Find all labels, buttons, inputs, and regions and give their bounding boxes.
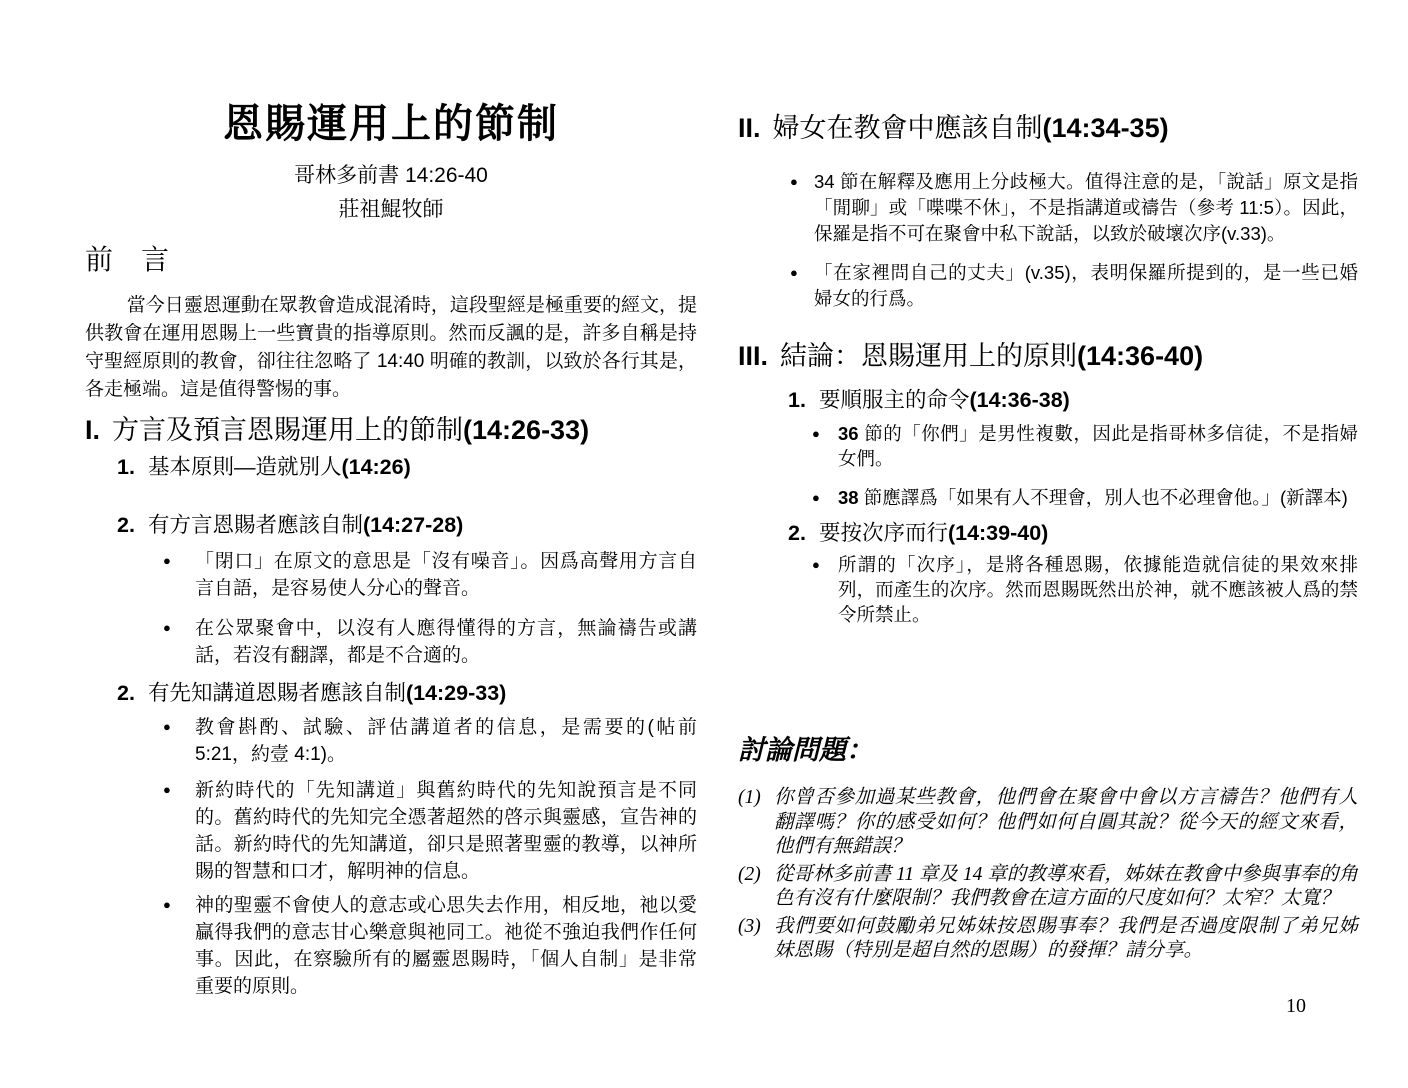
bullet-icon: ● (812, 485, 838, 510)
section-number: I. (85, 414, 100, 447)
subsection-title: 要順服主的命令(14:36-38) (819, 387, 1070, 414)
doc-title: 恩賜運用上的節制 (85, 100, 697, 148)
section-3-block: III. 結論：恩賜運用上的原則(14:36-40) 1. 要順服主的命令(14… (738, 340, 1358, 627)
bullet-item: ● 教會斟酌、試驗、評估講道者的信息，是需要的(帖前 5:21，約壹 4:1)。 (163, 714, 697, 768)
discussion-question: (3) 我們要如何鼓勵弟兄姊妹按恩賜事奉？我們是否過度限制了弟兄姊妹恩賜（特別是… (738, 915, 1358, 964)
bullet-icon: ● (790, 169, 814, 247)
preface-paragraph: 當今日靈恩運動在眾教會造成混淆時，這段聖經是極重要的經文，提供教會在運用恩賜上一… (85, 292, 697, 404)
bullet-text: 34 節在解釋及應用上分歧極大。值得注意的是，「說話」原文是指「閒聊」或「喋喋不… (814, 169, 1358, 247)
preface-heading: 前 言 (85, 243, 697, 277)
subsection-number: 1. (117, 454, 135, 481)
section-title: 方言及預言恩賜運用上的節制(14:26-33) (112, 414, 589, 447)
subsection-title: 有先知講道恩賜者應該自制(14:29-33) (148, 680, 506, 707)
subsection-ref: (14:39-40) (948, 521, 1048, 545)
subsection-number: 2. (117, 680, 135, 707)
subsection-title: 基本原則—造就別人(14:26) (148, 454, 411, 481)
section-3-heading: III. 結論：恩賜運用上的原則(14:36-40) (738, 340, 1358, 373)
bullet-item: ● 34 節在解釋及應用上分歧極大。值得注意的是，「說話」原文是指「閒聊」或「喋… (790, 169, 1358, 247)
subsection-ref: (14:36-38) (969, 388, 1069, 412)
bullet-item: ● 神的聖靈不會使人的意志或心思失去作用，相反地，祂以愛贏得我們的意志甘心樂意與… (163, 892, 697, 1000)
bullet-icon: ● (163, 777, 195, 885)
section-title: 婦女在教會中應該自制(14:34-35) (773, 112, 1169, 145)
bullet-text: 神的聖靈不會使人的意志或心思失去作用，相反地，祂以愛贏得我們的意志甘心樂意與祂同… (195, 892, 697, 1000)
subsection-ref: (14:29-33) (406, 681, 506, 705)
bullet-text: 所謂的「次序」，是將各種恩賜，依據能造就信徒的果效來排列，而產生的次序。然而恩賜… (838, 552, 1358, 627)
question-text: 從哥林多前書 11 章及 14 章的教導來看，姊妹在教會中參與事奉的角色有沒有什… (774, 863, 1358, 912)
bullet-text: 教會斟酌、試驗、評估講道者的信息，是需要的(帖前 5:21，約壹 4:1)。 (195, 714, 697, 768)
document-page: { "meta": { "colors": { "text": "#000000… (0, 0, 1408, 1088)
subsection-number: 2. (788, 520, 806, 547)
left-column: 恩賜運用上的節制 哥林多前書 14:26-40 莊祖鯤牧師 前 言 當今日靈恩運… (85, 100, 697, 1000)
bullet-text: 新約時代的「先知講道」與舊約時代的先知說預言是不同的。舊約時代的先知完全憑著超然… (195, 777, 697, 885)
doc-author: 莊祖鯤牧師 (85, 197, 697, 222)
right-column: II. 婦女在教會中應該自制(14:34-35) ● 34 節在解釋及應用上分歧… (738, 100, 1358, 964)
discussion-heading: 討論問題： (738, 733, 1358, 767)
bullet-icon: ● (812, 421, 838, 471)
question-text: 你曾否參加過某些教會，他們會在聚會中會以方言禱告？他們有人翻譯嗎？你的感受如何？… (774, 786, 1358, 860)
section-number: III. (738, 340, 768, 373)
doc-subtitle: 哥林多前書 14:26-40 (85, 163, 697, 188)
section-2-block: II. 婦女在教會中應該自制(14:34-35) ● 34 節在解釋及應用上分歧… (738, 112, 1358, 312)
bullet-icon: ● (163, 892, 195, 1000)
subsection-title: 要按次序而行(14:39-40) (819, 520, 1048, 547)
verse-number: 38 (838, 487, 859, 508)
bullet-text: 在公眾聚會中，以沒有人應得懂得的方言，無論禱告或講話，若沒有翻譯，都是不合適的。 (195, 615, 697, 669)
bullet-icon: ● (163, 548, 195, 602)
bullet-item: ● 「閉口」在原文的意思是「沒有噪音」。因爲高聲用方言自言自語，是容易使人分心的… (163, 548, 697, 602)
bullet-item: ● 「在家裡問自己的丈夫」(v.35)，表明保羅所提到的，是一些已婚婦女的行爲。 (790, 260, 1358, 312)
subsection-3-2-heading: 2. 要按次序而行(14:39-40) (788, 520, 1358, 547)
question-text: 我們要如何鼓勵弟兄姊妹按恩賜事奉？我們是否過度限制了弟兄姊妹恩賜（特別是超自然的… (774, 915, 1358, 964)
subsection-1-3-heading: 2. 有先知講道恩賜者應該自制(14:29-33) (117, 680, 697, 707)
section-1-heading: I. 方言及預言恩賜運用上的節制(14:26-33) (85, 414, 697, 447)
verse-number: 36 (838, 423, 859, 444)
subsection-1-2-heading: 2. 有方言恩賜者應該自制(14:27-28) (117, 512, 697, 539)
bullet-text: 38 節應譯爲「如果有人不理會，別人也不必理會他。」(新譯本) (838, 485, 1348, 510)
bullet-icon: ● (812, 552, 838, 627)
subsection-number: 2. (117, 512, 135, 539)
bullet-icon: ● (163, 714, 195, 768)
bullet-text: 36 節的「你們」是男性複數，因此是指哥林多信徒，不是指婦女們。 (838, 421, 1358, 471)
question-number: (3) (738, 915, 774, 964)
question-number: (1) (738, 786, 774, 860)
section-ref: (14:36-40) (1077, 341, 1203, 371)
subsection-ref: (14:26) (341, 455, 410, 479)
discussion-question: (2) 從哥林多前書 11 章及 14 章的教導來看，姊妹在教會中參與事奉的角色… (738, 863, 1358, 912)
bullet-icon: ● (790, 260, 814, 312)
subsection-1-1-heading: 1. 基本原則—造就別人(14:26) (117, 454, 697, 481)
section-title: 結論：恩賜運用上的原則(14:36-40) (780, 340, 1203, 373)
section-ref: (14:26-33) (463, 415, 589, 445)
bullet-item: ● 36 節的「你們」是男性複數，因此是指哥林多信徒，不是指婦女們。 (812, 421, 1358, 471)
bullet-item: ● 所謂的「次序」，是將各種恩賜，依據能造就信徒的果效來排列，而產生的次序。然而… (812, 552, 1358, 627)
subsection-title: 有方言恩賜者應該自制(14:27-28) (148, 512, 463, 539)
subsection-number: 1. (788, 387, 806, 414)
bullet-item: ● 在公眾聚會中，以沒有人應得懂得的方言，無論禱告或講話，若沒有翻譯，都是不合適… (163, 615, 697, 669)
discussion-question: (1) 你曾否參加過某些教會，他們會在聚會中會以方言禱告？他們有人翻譯嗎？你的感… (738, 786, 1358, 860)
section-number: II. (738, 112, 761, 145)
section-2-heading: II. 婦女在教會中應該自制(14:34-35) (738, 112, 1358, 145)
page-number: 10 (1286, 995, 1306, 1018)
bullet-item: ● 新約時代的「先知講道」與舊約時代的先知說預言是不同的。舊約時代的先知完全憑著… (163, 777, 697, 885)
bullet-item: ● 38 節應譯爲「如果有人不理會，別人也不必理會他。」(新譯本) (812, 485, 1358, 510)
question-number: (2) (738, 863, 774, 912)
section-ref: (14:34-35) (1043, 113, 1169, 143)
bullet-text: 「在家裡問自己的丈夫」(v.35)，表明保羅所提到的，是一些已婚婦女的行爲。 (814, 260, 1358, 312)
bullet-icon: ● (163, 615, 195, 669)
subsection-ref: (14:27-28) (363, 513, 463, 537)
subsection-3-1-heading: 1. 要順服主的命令(14:36-38) (788, 387, 1358, 414)
bullet-text: 「閉口」在原文的意思是「沒有噪音」。因爲高聲用方言自言自語，是容易使人分心的聲音… (195, 548, 697, 602)
